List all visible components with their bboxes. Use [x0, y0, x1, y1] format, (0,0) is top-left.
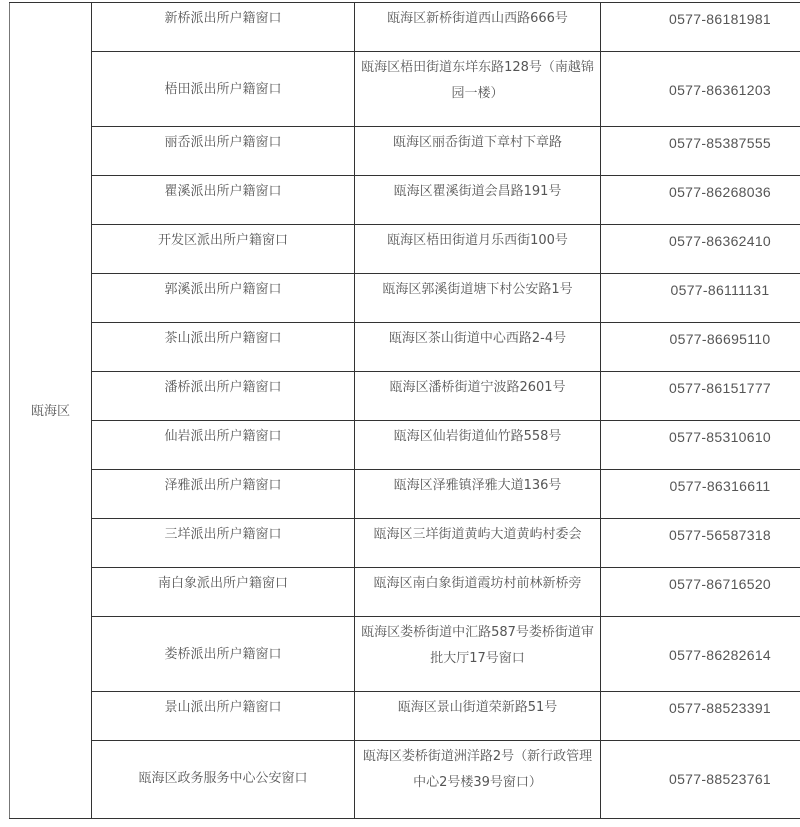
- address-cell: 瓯海区梧田街道月乐西街100号: [355, 225, 601, 274]
- table-row: 瞿溪派出所户籍窗口瓯海区瞿溪街道会昌路191号0577-86268036: [10, 176, 800, 225]
- office-name-cell: 仙岩派出所户籍窗口: [92, 421, 355, 470]
- office-name-cell: 开发区派出所户籍窗口: [92, 225, 355, 274]
- phone-cell: 0577-88523761: [601, 741, 800, 819]
- office-name-cell: 茶山派出所户籍窗口: [92, 323, 355, 372]
- district-cell: 瓯海区: [10, 3, 92, 819]
- household-registration-table: 瓯海区新桥派出所户籍窗口瓯海区新桥街道西山西路666号0577-86181981…: [9, 2, 800, 819]
- office-name-cell: 瓯海区政务服务中心公安窗口: [92, 741, 355, 819]
- table-row: 郭溪派出所户籍窗口瓯海区郭溪街道塘下村公安路1号0577-86111131: [10, 274, 800, 323]
- table-row: 丽岙派出所户籍窗口瓯海区丽岙街道下章村下章路0577-85387555: [10, 127, 800, 176]
- table-row: 南白象派出所户籍窗口瓯海区南白象街道霞坊村前林新桥旁0577-86716520: [10, 568, 800, 617]
- phone-cell: 0577-56587318: [601, 519, 800, 568]
- phone-cell: 0577-86151777: [601, 372, 800, 421]
- table-row: 三垟派出所户籍窗口瓯海区三垟街道黄屿大道黄屿村委会0577-56587318: [10, 519, 800, 568]
- phone-cell: 0577-86361203: [601, 52, 800, 127]
- table-row: 梧田派出所户籍窗口瓯海区梧田街道东垟东路128号（南越锦园一楼）0577-863…: [10, 52, 800, 127]
- address-cell: 瓯海区梧田街道东垟东路128号（南越锦园一楼）: [355, 52, 601, 127]
- table-row: 泽雅派出所户籍窗口瓯海区泽雅镇泽雅大道136号0577-86316611: [10, 470, 800, 519]
- office-name-cell: 郭溪派出所户籍窗口: [92, 274, 355, 323]
- address-cell: 瓯海区三垟街道黄屿大道黄屿村委会: [355, 519, 601, 568]
- address-cell: 瓯海区新桥街道西山西路666号: [355, 3, 601, 52]
- office-name-cell: 泽雅派出所户籍窗口: [92, 470, 355, 519]
- phone-cell: 0577-86716520: [601, 568, 800, 617]
- table-row: 娄桥派出所户籍窗口瓯海区娄桥街道中汇路587号娄桥街道审批大厅17号窗口0577…: [10, 617, 800, 692]
- phone-cell: 0577-86695110: [601, 323, 800, 372]
- phone-cell: 0577-86362410: [601, 225, 800, 274]
- table-row: 瓯海区政务服务中心公安窗口瓯海区娄桥街道洲洋路2号（新行政管理中心2号楼39号窗…: [10, 741, 800, 819]
- address-cell: 瓯海区泽雅镇泽雅大道136号: [355, 470, 601, 519]
- address-cell: 瓯海区娄桥街道洲洋路2号（新行政管理中心2号楼39号窗口）: [355, 741, 601, 819]
- office-name-cell: 潘桥派出所户籍窗口: [92, 372, 355, 421]
- office-name-cell: 梧田派出所户籍窗口: [92, 52, 355, 127]
- address-cell: 瓯海区潘桥街道宁波路2601号: [355, 372, 601, 421]
- table-row: 瓯海区新桥派出所户籍窗口瓯海区新桥街道西山西路666号0577-86181981: [10, 3, 800, 52]
- phone-cell: 0577-86282614: [601, 617, 800, 692]
- table-row: 仙岩派出所户籍窗口瓯海区仙岩街道仙竹路558号0577-85310610: [10, 421, 800, 470]
- address-cell: 瓯海区南白象街道霞坊村前林新桥旁: [355, 568, 601, 617]
- address-cell: 瓯海区丽岙街道下章村下章路: [355, 127, 601, 176]
- table-row: 茶山派出所户籍窗口瓯海区茶山街道中心西路2-4号0577-86695110: [10, 323, 800, 372]
- address-cell: 瓯海区茶山街道中心西路2-4号: [355, 323, 601, 372]
- table-row: 潘桥派出所户籍窗口瓯海区潘桥街道宁波路2601号0577-86151777: [10, 372, 800, 421]
- table-row: 景山派出所户籍窗口瓯海区景山街道荣新路51号0577-88523391: [10, 692, 800, 741]
- address-cell: 瓯海区景山街道荣新路51号: [355, 692, 601, 741]
- phone-cell: 0577-86111131: [601, 274, 800, 323]
- address-cell: 瓯海区瞿溪街道会昌路191号: [355, 176, 601, 225]
- office-name-cell: 新桥派出所户籍窗口: [92, 3, 355, 52]
- address-cell: 瓯海区仙岩街道仙竹路558号: [355, 421, 601, 470]
- address-cell: 瓯海区娄桥街道中汇路587号娄桥街道审批大厅17号窗口: [355, 617, 601, 692]
- phone-cell: 0577-86181981: [601, 3, 800, 52]
- phone-cell: 0577-86316611: [601, 470, 800, 519]
- office-name-cell: 瞿溪派出所户籍窗口: [92, 176, 355, 225]
- phone-cell: 0577-85387555: [601, 127, 800, 176]
- office-name-cell: 娄桥派出所户籍窗口: [92, 617, 355, 692]
- phone-cell: 0577-85310610: [601, 421, 800, 470]
- office-name-cell: 景山派出所户籍窗口: [92, 692, 355, 741]
- address-cell: 瓯海区郭溪街道塘下村公安路1号: [355, 274, 601, 323]
- phone-cell: 0577-86268036: [601, 176, 800, 225]
- office-name-cell: 丽岙派出所户籍窗口: [92, 127, 355, 176]
- table-row: 开发区派出所户籍窗口瓯海区梧田街道月乐西街100号0577-86362410: [10, 225, 800, 274]
- phone-cell: 0577-88523391: [601, 692, 800, 741]
- office-name-cell: 南白象派出所户籍窗口: [92, 568, 355, 617]
- office-name-cell: 三垟派出所户籍窗口: [92, 519, 355, 568]
